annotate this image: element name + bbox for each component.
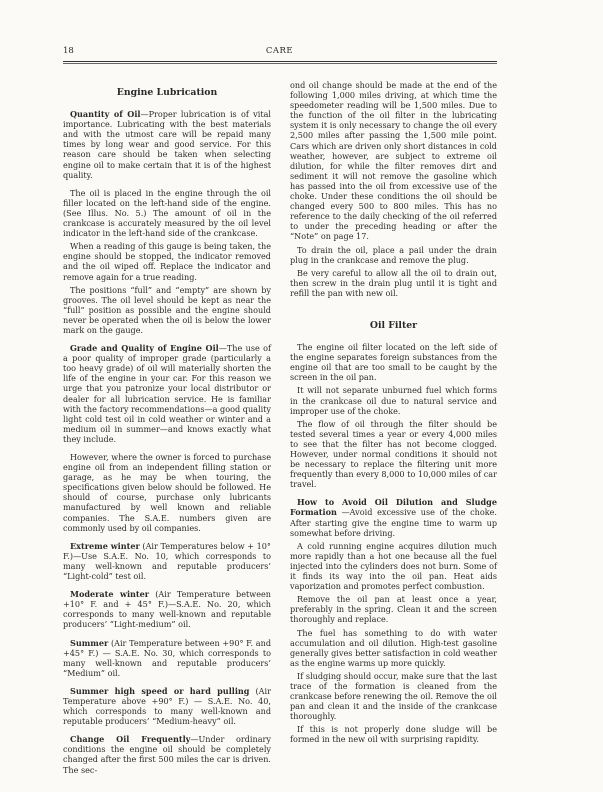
- run-in-heading: Grade and Quality of Engine Oil: [70, 343, 219, 353]
- paragraph: A cold running engine acquires dilution …: [290, 541, 497, 591]
- spacer: [290, 301, 497, 315]
- paragraph-text: A cold running engine acquires dilution …: [290, 541, 497, 591]
- paragraph-grade-and-quality: Grade and Quality of Engine Oil—The use …: [63, 343, 271, 444]
- run-in-heading: Summer high speed or hard pulling: [70, 686, 249, 696]
- paragraph: The oil is placed in the engine through …: [63, 188, 271, 238]
- running-head: CARE: [63, 46, 496, 56]
- paragraph: The fuel has something to do with water …: [290, 628, 497, 668]
- paragraph-moderate-winter: Moderate winter (Air Temperature between…: [63, 589, 271, 629]
- run-in-heading: Moderate winter: [70, 589, 149, 599]
- section-heading-engine-lubrication: Engine Lubrication: [63, 88, 271, 98]
- paragraph-text: If this is not properly done sludge will…: [290, 724, 497, 744]
- paragraph: Be very careful to allow all the oil to …: [290, 268, 497, 298]
- paragraph-text: —The use of a poor quality of improper g…: [63, 343, 271, 444]
- paragraph-text: —Proper lubrication is of vital importan…: [63, 109, 271, 180]
- run-in-heading: Extreme winter: [70, 541, 140, 551]
- paragraph: When a reading of this gauge is being ta…: [63, 241, 271, 281]
- paragraph-text: The flow of oil through the filter shoul…: [290, 419, 497, 490]
- run-in-heading: Quantity of Oil: [70, 109, 141, 119]
- paragraph-text: Remove the oil pan at least once a year,…: [290, 594, 497, 624]
- section-heading-oil-filter: Oil Filter: [290, 321, 497, 331]
- paragraph-quantity-of-oil: Quantity of Oil—Proper lubrication is of…: [63, 109, 271, 180]
- paragraph-summer-high-speed: Summer high speed or hard pulling (Air T…: [63, 686, 271, 726]
- paragraph-continuation: ond oil change should be made at the end…: [290, 80, 497, 242]
- paragraph-text: The positions “full” and “empty” are sho…: [63, 285, 271, 335]
- paragraph: The positions “full” and “empty” are sho…: [63, 285, 271, 335]
- page-header: 18 CARE: [63, 46, 496, 60]
- paragraph-summer: Summer (Air Temperature between +90° F. …: [63, 638, 271, 678]
- paragraph: Remove the oil pan at least once a year,…: [290, 594, 497, 624]
- paragraph: The engine oil filter located on the lef…: [290, 342, 497, 382]
- paragraph: To drain the oil, place a pail under the…: [290, 245, 497, 265]
- run-in-heading: Change Oil Frequently: [70, 734, 190, 744]
- paragraph-change-oil: Change Oil Frequently—Under ordinary con…: [63, 734, 271, 774]
- paragraph-text: If sludging should occur, make sure that…: [290, 671, 497, 721]
- paragraph-text: The engine oil filter located on the lef…: [290, 342, 497, 382]
- paragraph-avoid-dilution: How to Avoid Oil Dilution and Sludge For…: [290, 497, 497, 537]
- run-in-heading: Summer: [70, 638, 108, 648]
- paragraph-text: It will not separate unburned fuel which…: [290, 385, 497, 415]
- header-rule: [63, 61, 497, 64]
- paragraph-text: When a reading of this gauge is being ta…: [63, 241, 271, 281]
- paragraph: The flow of oil through the filter shoul…: [290, 419, 497, 490]
- left-column: Engine Lubrication Quantity of Oil—Prope…: [63, 82, 271, 778]
- paragraph: If this is not properly done sludge will…: [290, 724, 497, 744]
- paragraph-extreme-winter: Extreme winter (Air Temperatures below +…: [63, 541, 271, 581]
- right-column: ond oil change should be made at the end…: [290, 80, 497, 748]
- paragraph-text: The fuel has something to do with water …: [290, 628, 497, 668]
- paragraph-text: However, where the owner is forced to pu…: [63, 452, 271, 533]
- paragraph: If sludging should occur, make sure that…: [290, 671, 497, 721]
- paragraph: However, where the owner is forced to pu…: [63, 452, 271, 533]
- paragraph-text: The oil is placed in the engine through …: [63, 188, 271, 238]
- paragraph: It will not separate unburned fuel which…: [290, 385, 497, 415]
